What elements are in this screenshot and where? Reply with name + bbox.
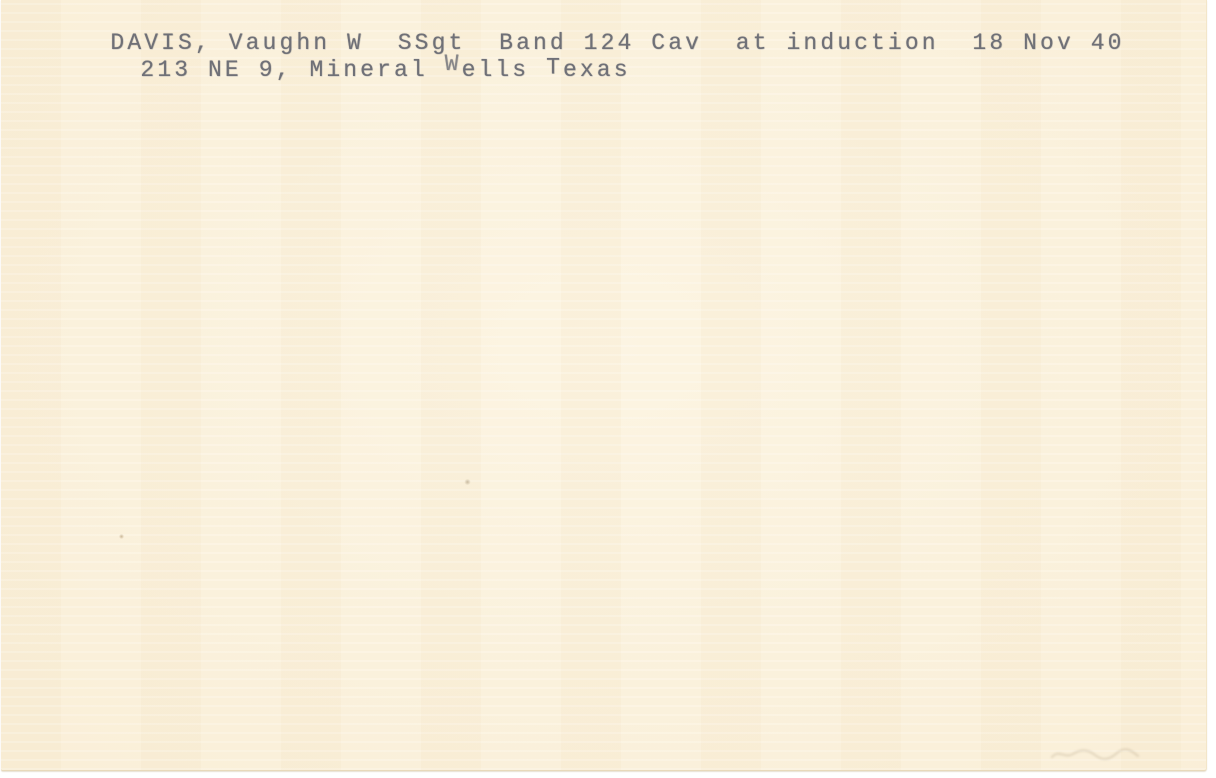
index-card: DAVIS, Vaughn W SSgt Band 124 Cav at ind… xyxy=(1,0,1207,771)
typed-line-2: 213 NE 9, Mineral Wells Texas xyxy=(39,31,631,109)
scan-page: DAVIS, Vaughn W SSgt Band 124 Cav at ind… xyxy=(0,0,1216,778)
paper-speck xyxy=(119,534,124,539)
line2-suffix: exas xyxy=(563,57,631,83)
pencil-smudge xyxy=(1049,745,1141,763)
line2-mid: ells xyxy=(462,57,547,83)
paper-speck xyxy=(464,479,471,485)
line2-superscript-w: W xyxy=(445,51,462,77)
line2-raised-t: T xyxy=(546,55,563,81)
line2-prefix: 213 NE 9, Mineral xyxy=(140,57,444,83)
